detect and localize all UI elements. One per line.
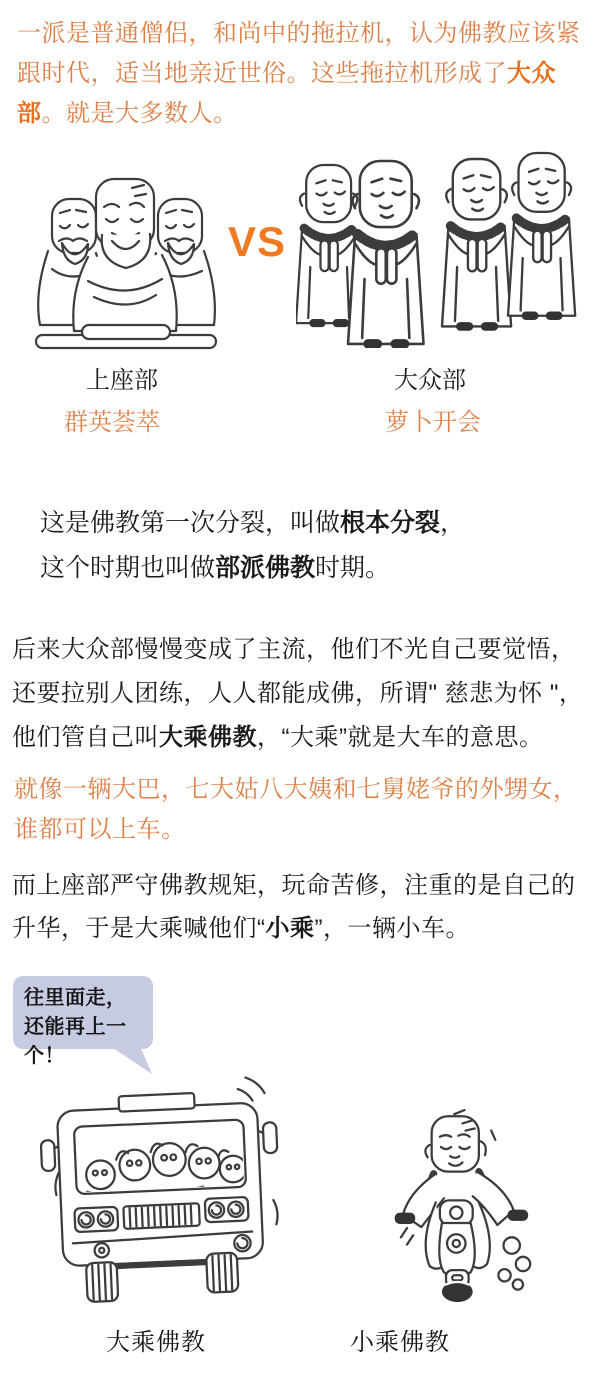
caption-hinayana: 小乘佛教 bbox=[315, 1322, 485, 1357]
bus-metaphor-paragraph: 就像一辆大巴，七大姑八大姨和七舅姥爷的外甥女，谁都可以上车。 bbox=[14, 770, 594, 850]
split-note-line1: 这是佛教第一次分裂，叫做根本分裂， bbox=[40, 501, 465, 546]
split-line1-pre: 这是佛教第一次分裂，叫做 bbox=[40, 509, 340, 537]
intro-text-pre: 一派是普通僧侣，和尚中的拖拉机，认为佛教应该紧跟时代，适当地亲近世俗。这些拖拉机… bbox=[17, 20, 581, 87]
right-group-title: 大众部 bbox=[330, 360, 530, 395]
mahayana-paragraph: 后来大众部慢慢变成了主流，他们不光自己要觉悟，还要拉别人团练，人人都能成佛，所谓… bbox=[12, 628, 598, 760]
split-line2-bold: 部派佛教 bbox=[215, 554, 315, 582]
left-group-title: 上座部 bbox=[22, 360, 222, 395]
mahasamghika-monks-illustration bbox=[296, 143, 586, 348]
intro-text-post: 。就是大多数人。 bbox=[42, 100, 238, 127]
bus-illustration bbox=[40, 1068, 285, 1308]
split-note-line2: 这个时期也叫做部派佛教时期。 bbox=[40, 546, 465, 591]
hinayana-bold: 小乘 bbox=[266, 915, 315, 942]
split-line2-post: 时期。 bbox=[315, 554, 390, 582]
hinayana-post: ”，一辆小车。 bbox=[315, 915, 471, 942]
split-note: 这是佛教第一次分裂，叫做根本分裂， 这个时期也叫做部派佛教时期。 bbox=[40, 501, 465, 591]
theravada-monks-illustration bbox=[22, 165, 230, 357]
split-line1-bold: 根本分裂 bbox=[340, 509, 440, 537]
mahayana-post: ，“大乘”就是大车的意思。 bbox=[257, 724, 543, 751]
intro-paragraph: 一派是普通僧侣，和尚中的拖拉机，认为佛教应该紧跟时代，适当地亲近世俗。这些拖拉机… bbox=[17, 14, 595, 134]
scooter-monk-illustration bbox=[392, 1108, 537, 1303]
caption-mahayana: 大乘佛教 bbox=[71, 1322, 241, 1357]
vs-label: VS bbox=[228, 218, 286, 266]
speech-bubble: 往里面走，还能再上一个！ bbox=[13, 976, 153, 1049]
right-group-subtitle: 萝卜开会 bbox=[333, 402, 533, 437]
split-line2-pre: 这个时期也叫做 bbox=[40, 554, 215, 582]
comic-page: 一派是普通僧侣，和尚中的拖拉机，认为佛教应该紧跟时代，适当地亲近世俗。这些拖拉机… bbox=[0, 0, 600, 1384]
split-line1-post: ， bbox=[440, 509, 465, 537]
mahayana-bold: 大乘佛教 bbox=[159, 724, 257, 751]
hinayana-paragraph: 而上座部严守佛教规矩，玩命苦修，注重的是自己的升华，于是大乘喊他们“小乘”，一辆… bbox=[12, 864, 598, 950]
left-group-subtitle: 群英荟萃 bbox=[12, 402, 212, 437]
